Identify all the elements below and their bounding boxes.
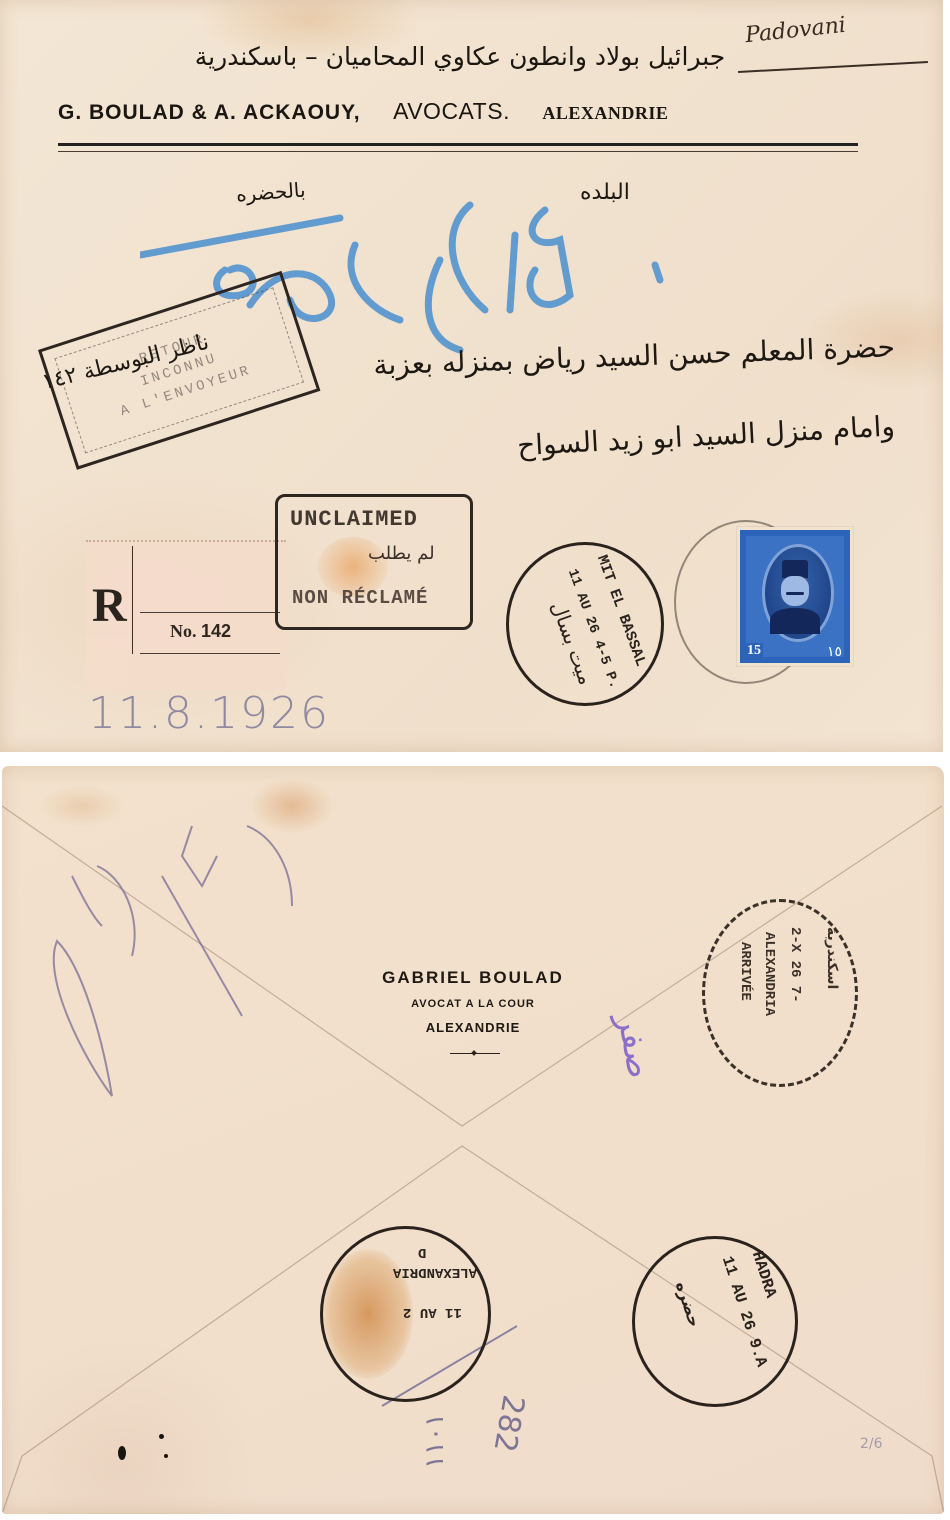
envelope-flap-lines xyxy=(2,766,944,1514)
ornament-divider xyxy=(450,1053,500,1054)
ink-blot xyxy=(159,1434,164,1439)
postmark-alexandria-departure: 11 AU 2 ALEXANDRIA D xyxy=(320,1226,491,1402)
firm-city: ALEXANDRIE xyxy=(542,103,668,123)
postmark-mit-el-bassal: MIT EL BASSAL 11 AU 26 4-5 P. ميت بسال xyxy=(506,542,664,706)
address-line-2: وامام منزل السيد ابو زيد السواح xyxy=(489,409,895,463)
letterhead-arabic: جبرائيل بولاد وانطون عكاوي المحاميان – ب… xyxy=(180,42,740,71)
firm-role: AVOCATS. xyxy=(393,98,510,124)
ink-blot xyxy=(164,1454,168,1458)
envelope-front: جبرائيل بولاد وانطون عكاوي المحاميان – ب… xyxy=(0,0,943,752)
envelope-back: GABRIEL BOULAD AVOCAT A LA COUR ALEXANDR… xyxy=(2,766,944,1514)
unclaimed-cachet: UNCLAIMED لم يطلب NON RÉCLAMÉ xyxy=(275,494,473,630)
pencil-number-1101: ١١٠١ xyxy=(420,1413,450,1469)
postmark-alexandria-arrival: 2-X 26 7- ALEXANDRIA ARRIVÉE اسكندرية xyxy=(702,899,858,1087)
signature-underline xyxy=(738,61,928,73)
firm-name: G. BOULAD & A. ACKAOUY, xyxy=(58,101,361,124)
registration-letter: R xyxy=(92,578,127,633)
pencil-date: 11.8.1926 xyxy=(88,688,330,739)
registration-number: No. 142 xyxy=(170,621,231,642)
postage-stamp-king-fuad: 15 ١٥ xyxy=(740,530,850,663)
registration-label: R No. 142 xyxy=(86,540,286,690)
postmark-hadra: HADRA 11 AU 26 9.A حضره xyxy=(632,1236,798,1407)
handwritten-signature: Padovani xyxy=(744,13,847,48)
letterhead-rule xyxy=(58,143,858,152)
ink-blot xyxy=(118,1446,126,1460)
letterhead-latin: G. BOULAD & A. ACKAOUY, AVOCATS. ALEXAND… xyxy=(58,98,868,125)
pencil-fraction: 2/6 xyxy=(860,1436,883,1452)
